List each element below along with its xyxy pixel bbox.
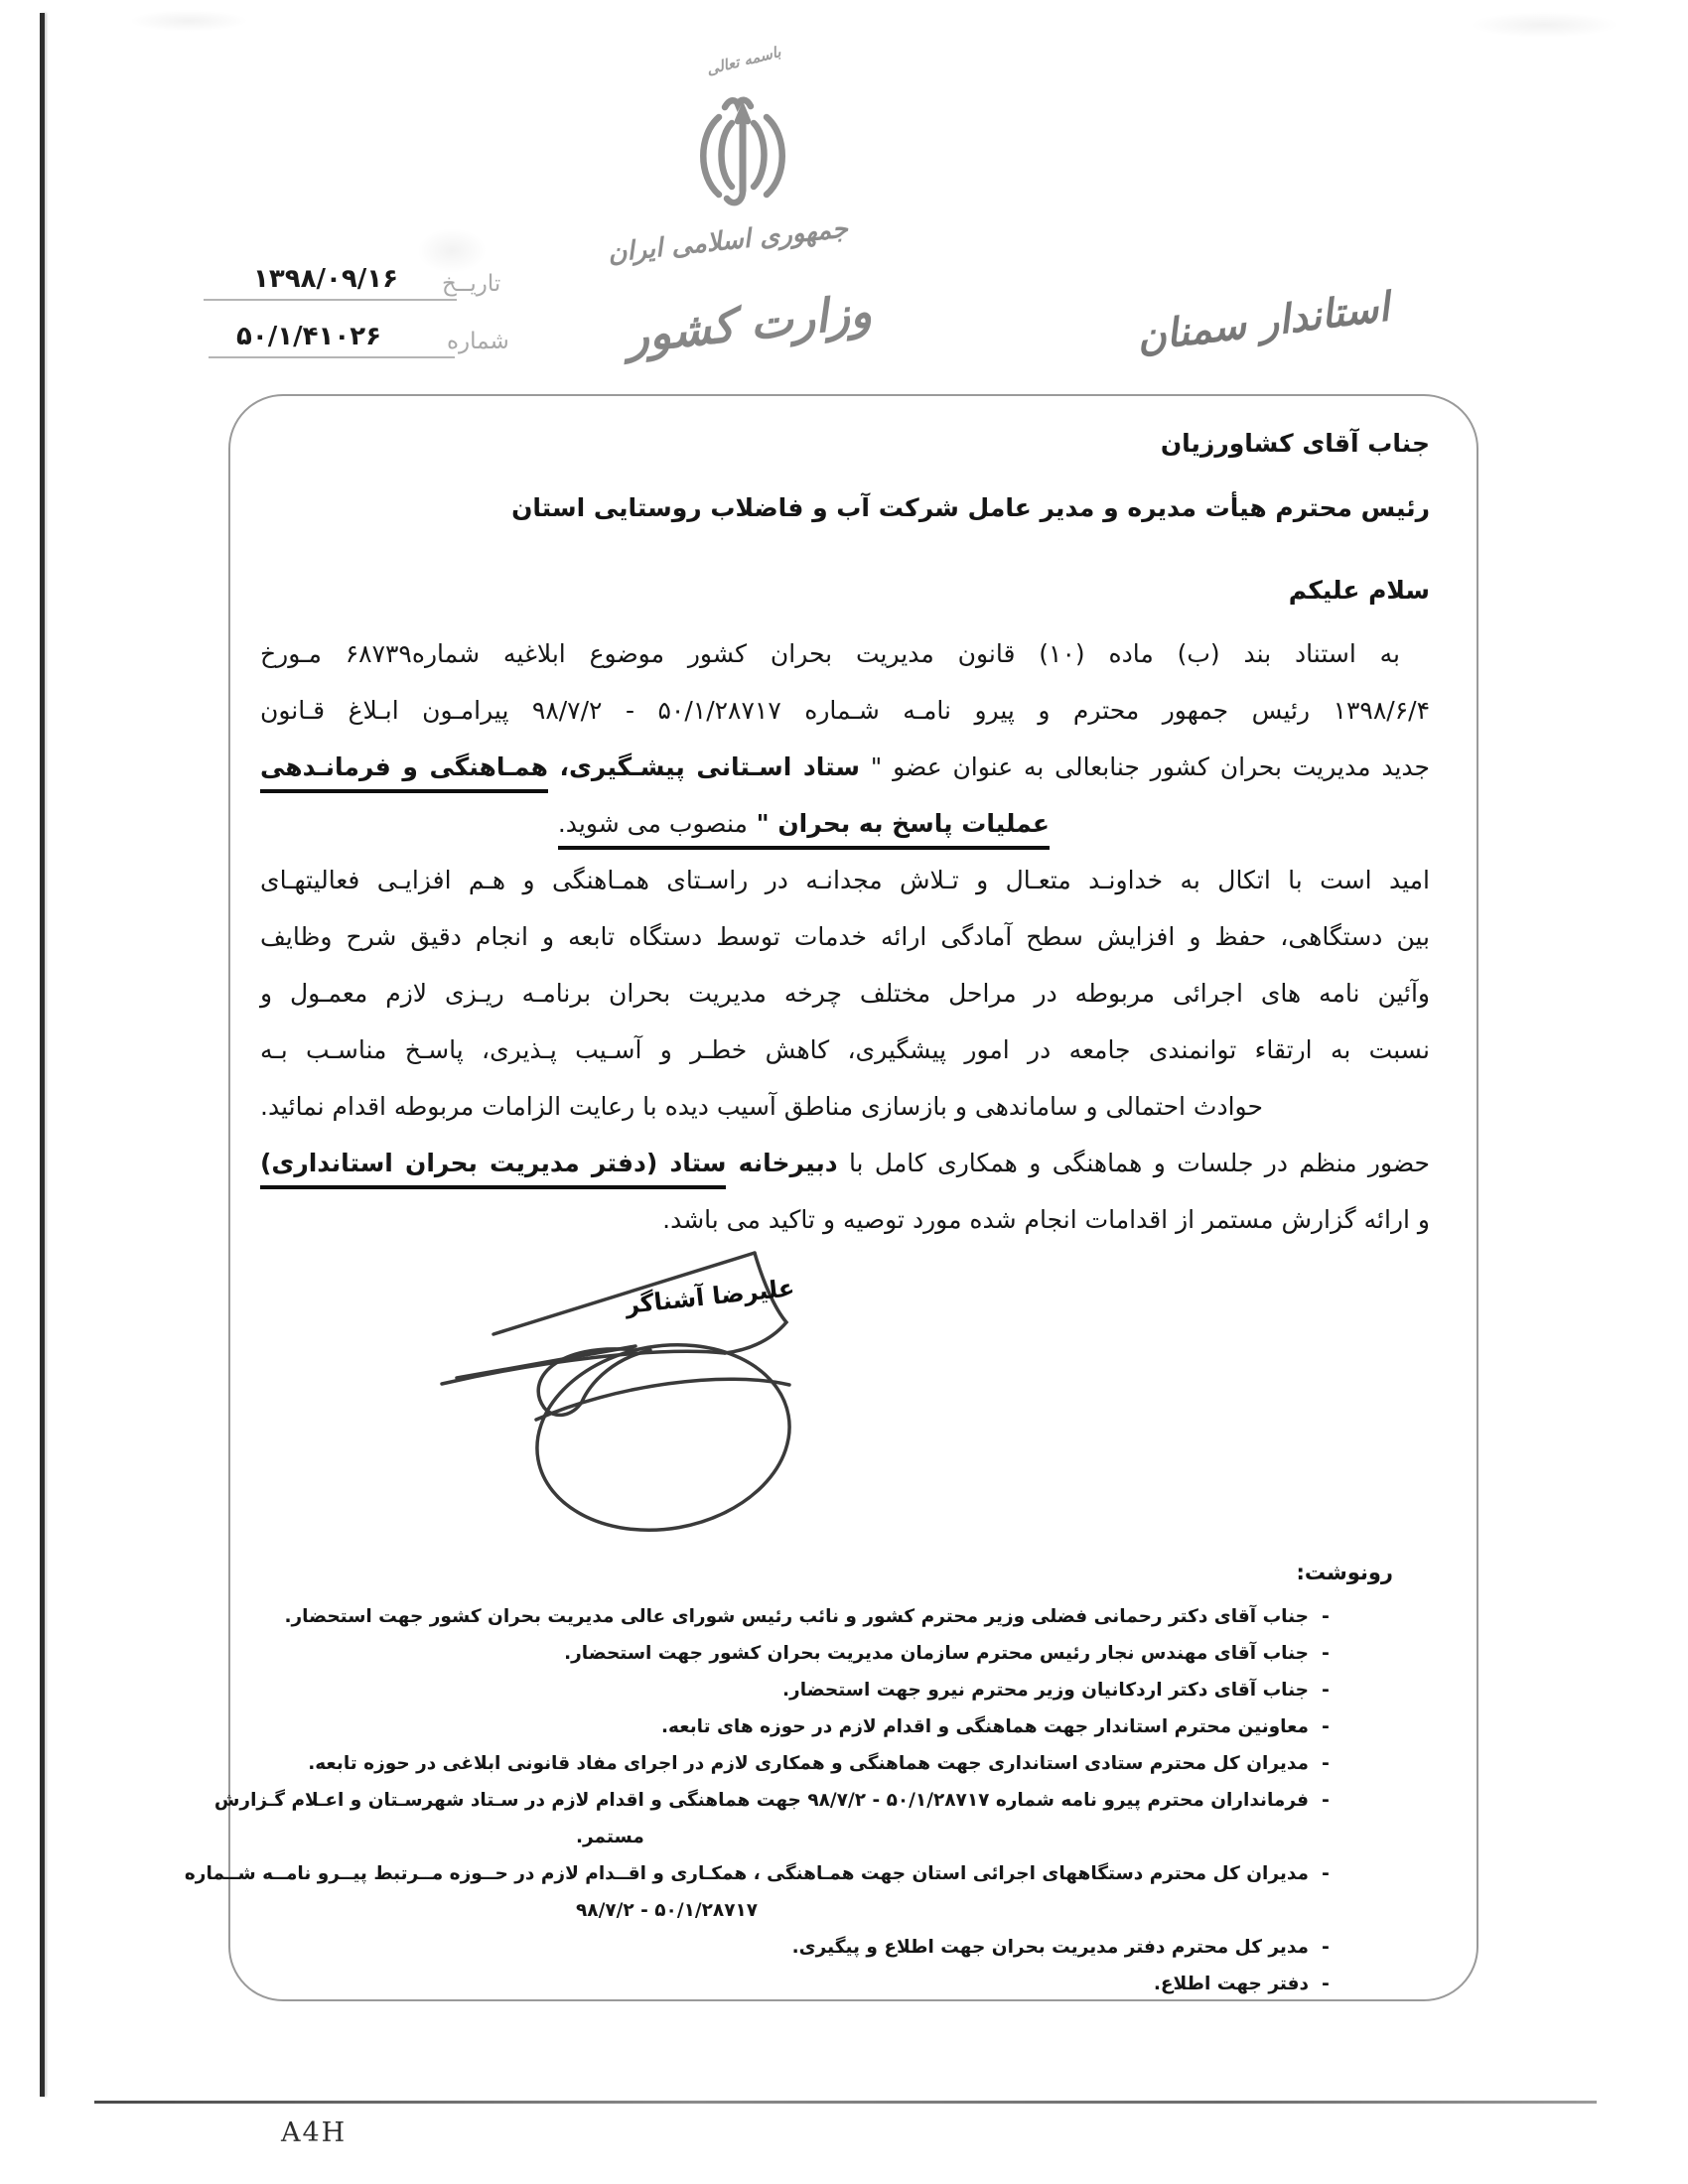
ministry-calligraphy: وزارت کشور [641, 284, 874, 361]
cc-item-text: دفتر جهت اطلاع. [260, 1966, 1309, 2002]
cc-item-text: جناب آقای دکتر رحمانی فضلی وزیر محترم کش… [260, 1598, 1309, 1635]
salutation: سلام علیکم [260, 576, 1430, 605]
cc-bullet: - [1309, 1929, 1342, 1966]
cc-bullet: - [1309, 1708, 1342, 1745]
body-line: حضور منظم در جلسات و هماهنگی و همکاری کا… [260, 1135, 1430, 1191]
scan-edge-line [40, 13, 45, 2097]
body-text-bold: دبیرخانه [726, 1149, 837, 1177]
recipient-title: رئیس محترم هیأت مدیره و مدیر عامل شرکت آ… [260, 493, 1430, 522]
cc-item-text: مدیر کل محترم دفتر مدیریت بحران جهت اطلا… [260, 1929, 1309, 1966]
recipient-name: جناب آقای کشاورزیان [260, 429, 1430, 458]
number-value: ۵۰/۱/۴۱۰۲۶ [236, 322, 381, 351]
cc-item-text: معاونین محترم استاندار جهت هماهنگی و اقد… [260, 1708, 1309, 1745]
cc-bullet: - [1309, 1745, 1342, 1782]
body-text-bold-underlined: ستاد (دفتر مدیریت بحران استانداری) [260, 1149, 726, 1189]
cc-item-text: فرمانداران محترم پیرو نامه شماره ۵۰/۱/۲۸… [260, 1782, 1309, 1819]
cc-item: - جناب آقای دکتر رحمانی فضلی وزیر محترم … [260, 1598, 1342, 1635]
body-text-bold-underlined: همـاهنگی و فرمانـدهی [260, 752, 548, 793]
body-line: بین دستگاهی، حفظ و افزایش سطح آمادگی ارا… [260, 908, 1430, 965]
body-line: و ارائه گزارش مستمر از اقدامات انجام شده… [260, 1191, 1430, 1248]
cc-item-text: مدیران کل محترم ستادی استانداری جهت هماه… [260, 1745, 1309, 1782]
bismillah-calligraphy: باسمه تعالی [688, 39, 798, 82]
cc-item: - معاونین محترم استاندار جهت هماهنگی و ا… [260, 1708, 1342, 1745]
body-text-bold: ستاد اسـتانی پیشـگیری، [548, 752, 860, 781]
footer-divider [94, 2101, 1597, 2104]
body-text: جدید مدیریت بحران کشور جنابعالی به عنوان… [860, 752, 1430, 781]
scan-smudge [129, 10, 248, 32]
body-line: جدید مدیریت بحران کشور جنابعالی به عنوان… [260, 739, 1430, 795]
body-line: ۱۳۹۸/۶/۴ رئیس جمهور محترم و پیرو نامـه ش… [260, 682, 1430, 739]
cc-item-text: جناب آقای دکتر اردکانیان وزیر محترم نیرو… [260, 1672, 1309, 1708]
body-line: عملیات پاسخ به بحران " منصوب می شوید. [260, 795, 1430, 852]
body-text: منصوب می شوید. [558, 809, 748, 838]
cc-item: - فرمانداران محترم پیرو نامه شماره ۵۰/۱/… [260, 1782, 1342, 1855]
date-label: تاریــخ [442, 271, 500, 297]
number-line [209, 356, 455, 358]
body-line: وآئین نامه های اجرائی مربوطه در مراحل مخ… [260, 965, 1430, 1022]
cc-item-text-continued: ۵۰/۱/۲۸۷۱۷ - ۹۸/۷/۲ [260, 1892, 1309, 1929]
iran-emblem-icon [688, 91, 797, 225]
body-text-bold: عملیات پاسخ به بحران " [748, 809, 1050, 838]
cc-heading: رونوشت: [1276, 1561, 1393, 1584]
cc-item: - جناب آقای دکتر اردکانیان وزیر محترم نی… [260, 1672, 1342, 1708]
scan-smudge [1470, 12, 1618, 38]
cc-bullet: - [1309, 1635, 1342, 1672]
cc-item-text: جناب آقای مهندس نجار رئیس محترم سازمان م… [260, 1635, 1309, 1672]
body-line: به استناد بند (ب) ماده (۱۰) قانون مدیریت… [260, 625, 1430, 682]
cc-list: - جناب آقای دکتر رحمانی فضلی وزیر محترم … [260, 1598, 1342, 2002]
cc-item: - مدیران کل محترم دستگاههای اجرائی استان… [260, 1855, 1342, 1929]
letter-body: به استناد بند (ب) ماده (۱۰) قانون مدیریت… [260, 625, 1430, 1248]
body-line: امید است با اتکال به خداونـد متعـال و تـ… [260, 852, 1430, 908]
body-line: نسبت به ارتقاء توانمندی جامعه در امور پی… [260, 1022, 1430, 1078]
body-line: حوادث احتمالی و ساماندهی و بازسازی مناطق… [260, 1078, 1430, 1135]
cc-bullet: - [1309, 1855, 1342, 1929]
number-label: شماره [447, 329, 509, 354]
cc-item-text-continued: مستمر. [260, 1819, 1309, 1855]
underlined-phrase: عملیات پاسخ به بحران " منصوب می شوید. [558, 809, 1050, 850]
cc-item: - مدیر کل محترم دفتر مدیریت بحران جهت اط… [260, 1929, 1342, 1966]
cc-item: - دفتر جهت اطلاع. [260, 1966, 1342, 2002]
body-text: حضور منظم در جلسات و هماهنگی و همکاری کا… [838, 1149, 1430, 1177]
cc-bullet: - [1309, 1782, 1342, 1855]
cc-item: - مدیران کل محترم ستادی استانداری جهت هم… [260, 1745, 1342, 1782]
paper-size-mark: A4H [281, 2117, 347, 2148]
date-line [204, 299, 457, 301]
cc-item: - جناب آقای مهندس نجار رئیس محترم سازمان… [260, 1635, 1342, 1672]
cc-item-text: مدیران کل محترم دستگاههای اجرائی استان ج… [260, 1855, 1309, 1892]
governor-calligraphy: استاندار سمنان [1112, 282, 1413, 363]
cc-bullet: - [1309, 1672, 1342, 1708]
date-value: ۱۳۹۸/۰۹/۱۶ [253, 264, 398, 294]
cc-bullet: - [1309, 1598, 1342, 1635]
scan-smudge [417, 228, 487, 273]
cc-bullet: - [1309, 1966, 1342, 2002]
scanned-letter-page: باسمه تعالی جمهوری اسلامی ایران وزارت کش… [0, 0, 1688, 2184]
